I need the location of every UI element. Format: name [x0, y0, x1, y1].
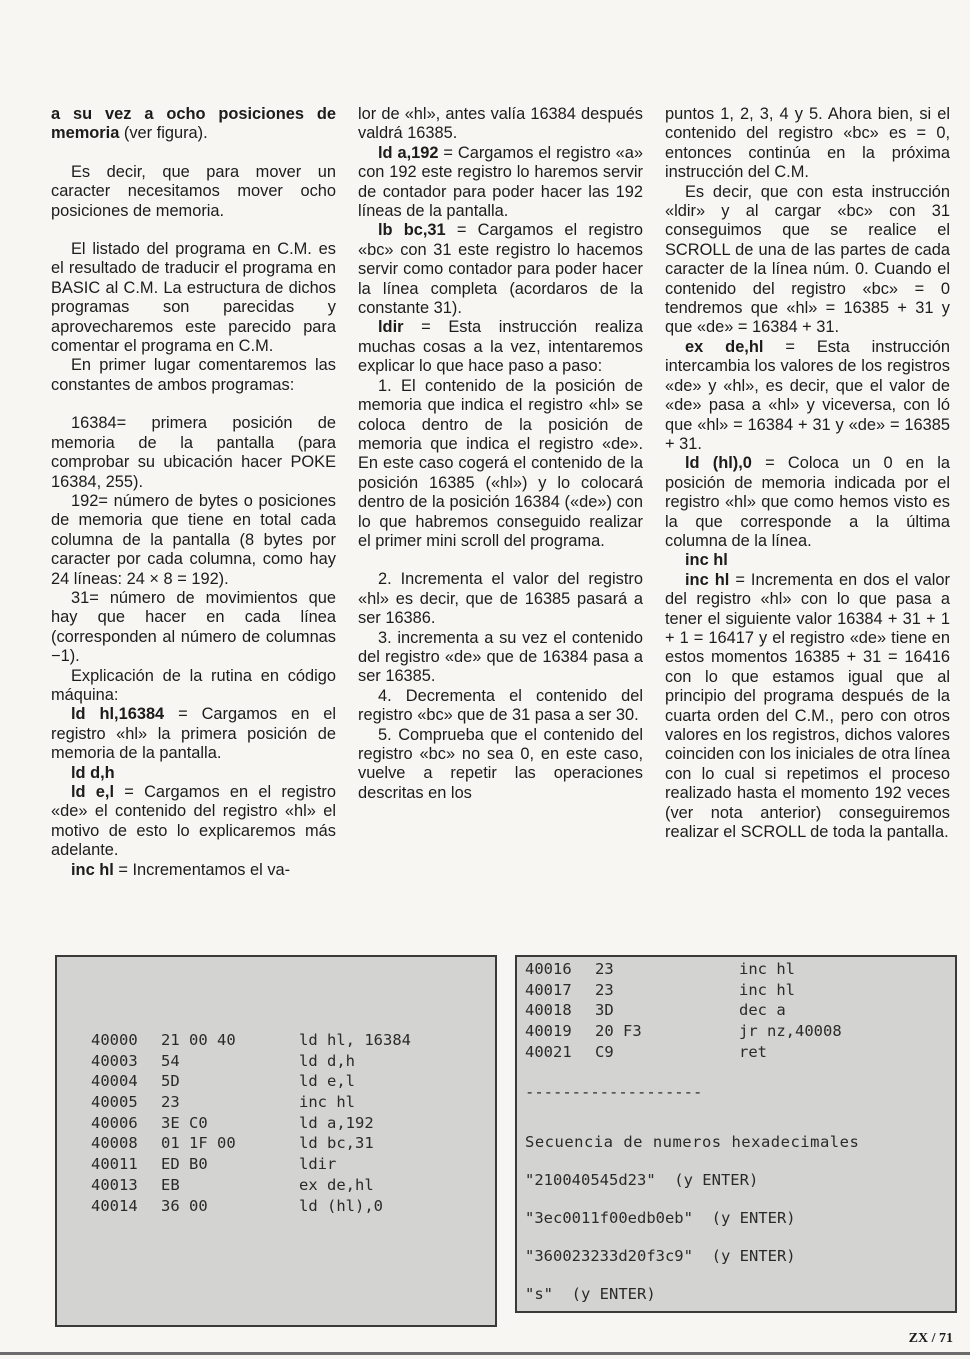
address: 40006 — [91, 1114, 161, 1135]
address: 40021 — [525, 1043, 595, 1064]
opcode-bytes: 20 F3 — [595, 1022, 739, 1043]
instruction-label: ex de,hl — [685, 338, 763, 356]
paragraph: El listado del programa en C.M. es el re… — [51, 240, 336, 356]
opcode-bytes: ED B0 — [161, 1155, 299, 1176]
assembly: inc hl — [739, 981, 795, 1002]
paragraph: ld d,h — [51, 764, 336, 783]
paragraph: 1. El contenido de la posición de memori… — [358, 377, 643, 552]
assembly: ld hl, 16384 — [299, 1031, 411, 1052]
address: 40011 — [91, 1155, 161, 1176]
address: 40016 — [525, 960, 595, 981]
code-listing-right: 4001623inc hl 4001723inc hl 400183Ddec a… — [515, 955, 957, 1313]
code-row: 4001920 F3jr nz,40008 — [525, 1022, 955, 1043]
instruction-label: inc hl — [685, 551, 728, 569]
opcode-bytes: 01 1F 00 — [161, 1134, 299, 1155]
code-row: 4001723inc hl — [525, 981, 955, 1002]
code-row: 4001436 00ld (hl),0 — [91, 1197, 495, 1218]
paragraph: Es decir, que con esta instrucción «ldir… — [665, 183, 950, 338]
instruction-label: inc hl — [685, 571, 729, 589]
code-row: 40013EBex de,hl — [91, 1176, 495, 1197]
code-row: 40021C9ret — [525, 1043, 955, 1064]
assembly: inc hl — [299, 1093, 355, 1114]
paragraph: lor de «hl», antes valía 16384 después v… — [358, 105, 643, 144]
paragraph: 192= número de bytes o posiciones de mem… — [51, 492, 336, 589]
opcode-bytes: 21 00 40 — [161, 1031, 299, 1052]
paragraph: inc hl — [665, 551, 950, 570]
paragraph: ldir = Esta instrucción realiza muchas c… — [358, 318, 643, 376]
assembly: jr nz,40008 — [739, 1022, 842, 1043]
instruction-label: ld d,h — [71, 764, 115, 782]
opcode-bytes: 23 — [161, 1093, 299, 1114]
instruction-label: ld (hl),0 — [685, 454, 752, 472]
address: 40005 — [91, 1093, 161, 1114]
paragraph: inc hl = Incrementamos el va- — [51, 861, 336, 880]
code-listing-left: 4000021 00 40ld hl, 16384 4000354ld d,h … — [55, 955, 497, 1327]
address: 40014 — [91, 1197, 161, 1218]
instruction-label: ldir — [378, 318, 404, 336]
paragraph: 31= número de movimientos que hay que ha… — [51, 589, 336, 667]
opcode-bytes: 23 — [595, 960, 739, 981]
address: 40017 — [525, 981, 595, 1002]
paragraph: 3. incrementa a su vez el contenido del … — [358, 629, 643, 687]
paragraph: 2. Incrementa el valor del registro «hl»… — [358, 570, 643, 628]
opcode-bytes: 23 — [595, 981, 739, 1002]
assembly: ld a,192 — [299, 1114, 374, 1135]
instruction-label: inc hl — [71, 861, 114, 879]
text-column-2: lor de «hl», antes valía 16384 después v… — [358, 105, 643, 803]
code-row: 400183Ddec a — [525, 1001, 955, 1022]
opcode-bytes: 5D — [161, 1072, 299, 1093]
paragraph: lb bc,31 = Cargamos el registro «bc» con… — [358, 221, 643, 318]
code-row: 4000523inc hl — [91, 1093, 495, 1114]
hex-sequence-line: "s" (y ENTER) — [525, 1285, 955, 1303]
paragraph: inc hl = Incrementa en dos el valor del … — [665, 571, 950, 843]
assembly: ld bc,31 — [299, 1134, 374, 1155]
code-row: 400045Dld e,l — [91, 1072, 495, 1093]
address: 40003 — [91, 1052, 161, 1073]
opcode-bytes: 3D — [595, 1001, 739, 1022]
paragraph: puntos 1, 2, 3, 4 y 5. Ahora bien, si el… — [665, 105, 950, 183]
opcode-bytes: C9 — [595, 1043, 739, 1064]
paragraph: 16384= primera posición de memoria de la… — [51, 414, 336, 492]
instruction-label: lb bc,31 — [378, 221, 446, 239]
address: 40000 — [91, 1031, 161, 1052]
assembly: dec a — [739, 1001, 786, 1022]
paragraph: Es decir, que para mover un caracter nec… — [51, 163, 336, 221]
paragraph: ld a,192 = Cargamos el registro «a» con … — [358, 144, 643, 222]
opcode-bytes: 3E C0 — [161, 1114, 299, 1135]
paragraph: ex de,hl = Esta instrucción intercambia … — [665, 338, 950, 454]
separator-line: ------------------- — [525, 1083, 955, 1101]
paragraph: Explicación de la rutina en código máqui… — [51, 667, 336, 706]
paragraph: ld e,l = Cargamos en el registro «de» el… — [51, 783, 336, 861]
paragraph: ld hl,16384 = Cargamos en el registro «h… — [51, 705, 336, 763]
code-row: 400063E C0ld a,192 — [91, 1114, 495, 1135]
address: 40004 — [91, 1072, 161, 1093]
code-row: 40011ED B0ldir — [91, 1155, 495, 1176]
assembly: ld (hl),0 — [299, 1197, 383, 1218]
opcode-bytes: 54 — [161, 1052, 299, 1073]
assembly: ldir — [299, 1155, 336, 1176]
hex-sequence-title: Secuencia de numeros hexadecimales — [525, 1133, 955, 1151]
paragraph: En primer lugar comentaremos las constan… — [51, 356, 336, 395]
assembly: ld e,l — [299, 1072, 355, 1093]
assembly: ret — [739, 1043, 767, 1064]
paragraph: a su vez a ocho posiciones de memoria (v… — [51, 105, 336, 144]
code-row: 4000021 00 40ld hl, 16384 — [91, 1031, 495, 1052]
opcode-bytes: 36 00 — [161, 1197, 299, 1218]
instruction-label: ld a,192 — [378, 144, 439, 162]
text-column-3: puntos 1, 2, 3, 4 y 5. Ahora bien, si el… — [665, 105, 950, 842]
paragraph: 4. Decrementa el contenido del registro … — [358, 687, 643, 726]
code-row: 4000801 1F 00ld bc,31 — [91, 1134, 495, 1155]
address: 40013 — [91, 1176, 161, 1197]
hex-sequence-line: "210040545d23" (y ENTER) — [525, 1171, 955, 1189]
hex-sequence-line: "3ec0011f00edb0eb" (y ENTER) — [525, 1209, 955, 1227]
code-row: 4001623inc hl — [525, 960, 955, 981]
hex-sequence-line: "360023233d20f3c9" (y ENTER) — [525, 1247, 955, 1265]
address: 40008 — [91, 1134, 161, 1155]
instruction-label: ld hl,16384 — [71, 705, 164, 723]
assembly: ld d,h — [299, 1052, 355, 1073]
page-number: ZX / 71 — [909, 1331, 953, 1347]
address: 40019 — [525, 1022, 595, 1043]
code-row: 4000354ld d,h — [91, 1052, 495, 1073]
paragraph: 5. Comprueba que el contenido del regist… — [358, 726, 643, 804]
text-column-1: a su vez a ocho posiciones de memoria (v… — [51, 105, 336, 880]
address: 40018 — [525, 1001, 595, 1022]
paragraph: ld (hl),0 = Coloca un 0 en la posición d… — [665, 454, 950, 551]
footer-divider — [0, 1352, 970, 1355]
opcode-bytes: EB — [161, 1176, 299, 1197]
instruction-label: ld e,l — [71, 783, 114, 801]
assembly: inc hl — [739, 960, 795, 981]
assembly: ex de,hl — [299, 1176, 374, 1197]
